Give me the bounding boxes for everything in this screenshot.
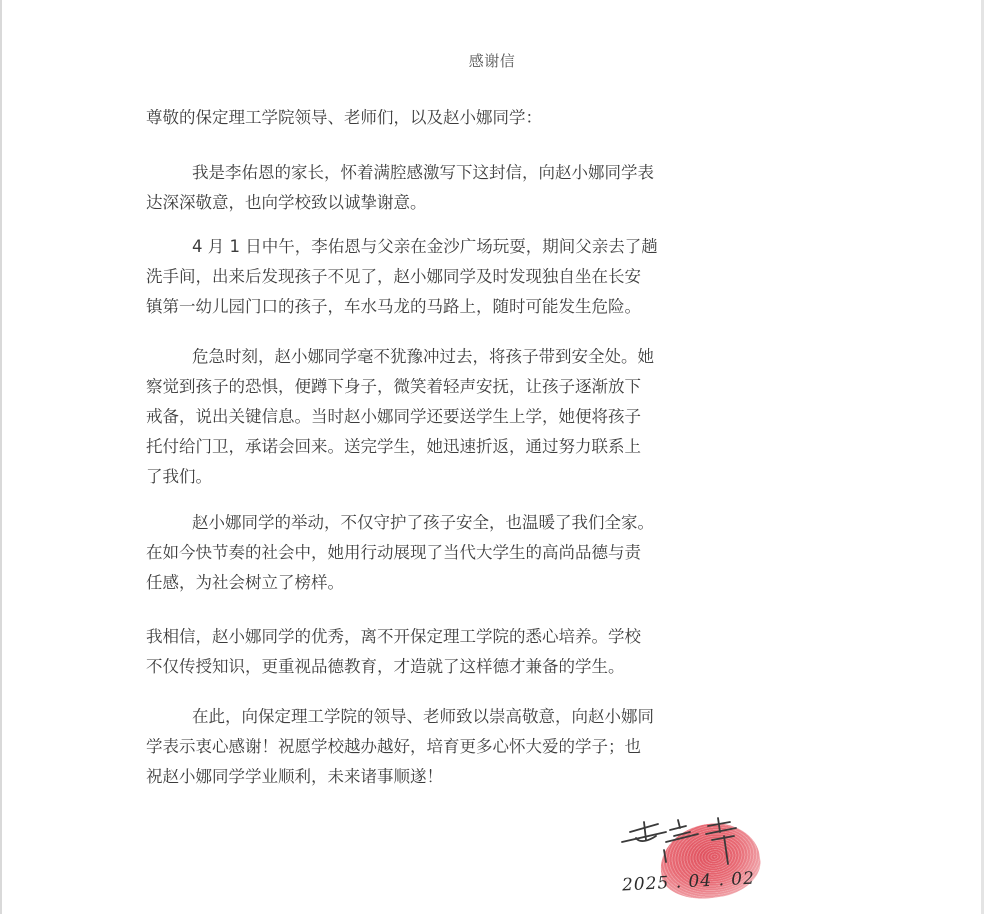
letter-salutation: 尊敬的保定理工学院领导、老师们，以及赵小娜同学： [146, 104, 542, 128]
paragraph-line: 了我们。 [146, 462, 836, 492]
paragraph-line: 戒备，说出关键信息。当时赵小娜同学还要送学生上学，她便将孩子 [146, 402, 836, 432]
paragraph-line: 达深深敬意，也向学校致以诚挚谢意。 [146, 188, 836, 218]
signature-block: 2025 . 04 . 02 [600, 810, 780, 910]
paragraph-line: 4 月 1 日中午，李佑恩与父亲在金沙广场玩耍，期间父亲去了趟 [146, 232, 836, 262]
paragraph-line: 我是李佑恩的家长，怀着满腔感激写下这封信，向赵小娜同学表 [146, 158, 836, 188]
page-edge-left [0, 0, 2, 914]
paragraph-intro: 我是李佑恩的家长，怀着满腔感激写下这封信，向赵小娜同学表 达深深敬意，也向学校致… [146, 158, 836, 218]
paragraph-line: 镇第一幼儿园门口的孩子，车水马龙的马路上，随时可能发生危险。 [146, 292, 836, 322]
paragraph-line: 祝赵小娜同学学业顺利，未来诸事顺遂！ [146, 762, 836, 792]
paragraph-line: 危急时刻，赵小娜同学毫不犹豫冲过去，将孩子带到安全处。她 [146, 342, 836, 372]
letter-title: 感谢信 [0, 50, 984, 71]
paragraph-closing: 在此，向保定理工学院的领导、老师致以崇高敬意，向赵小娜同 学表示衷心感谢！祝愿学… [146, 702, 836, 792]
paragraph-line: 托付给门卫，承诺会回来。送完学生，她迅速折返，通过努力联系上 [146, 432, 836, 462]
paragraph-school: 我相信，赵小娜同学的优秀，离不开保定理工学院的悉心培养。学校 不仅传授知识，更重… [146, 622, 836, 682]
paragraph-line: 我相信，赵小娜同学的优秀，离不开保定理工学院的悉心培养。学校 [146, 622, 836, 652]
paragraph-line: 赵小娜同学的举动，不仅守护了孩子安全，也温暖了我们全家。 [146, 508, 836, 538]
paragraph-line: 不仅传授知识，更重视品德教育，才造就了这样德才兼备的学生。 [146, 652, 836, 682]
paragraph-line: 在如今快节奏的社会中，她用行动展现了当代大学生的高尚品德与责 [146, 538, 836, 568]
paragraph-rescue: 危急时刻，赵小娜同学毫不犹豫冲过去，将孩子带到安全处。她 察觉到孩子的恐惧，便蹲… [146, 342, 836, 492]
paragraph-line: 察觉到孩子的恐惧，便蹲下身子，微笑着轻声安抚，让孩子逐渐放下 [146, 372, 836, 402]
paragraph-line: 任感，为社会树立了榜样。 [146, 568, 836, 598]
paragraph-line: 在此，向保定理工学院的领导、老师致以崇高敬意，向赵小娜同 [146, 702, 836, 732]
letter-page: 感谢信 尊敬的保定理工学院领导、老师们，以及赵小娜同学： 我是李佑恩的家长，怀着… [0, 0, 984, 914]
paragraph-line: 洗手间，出来后发现孩子不见了，赵小娜同学及时发现独自坐在长安 [146, 262, 836, 292]
paragraph-incident: 4 月 1 日中午，李佑恩与父亲在金沙广场玩耍，期间父亲去了趟 洗手间，出来后发… [146, 232, 836, 322]
paragraph-line: 学表示衷心感谢！祝愿学校越办越好，培育更多心怀大爱的学子；也 [146, 732, 836, 762]
paragraph-praise: 赵小娜同学的举动，不仅守护了孩子安全，也温暖了我们全家。 在如今快节奏的社会中，… [146, 508, 836, 598]
